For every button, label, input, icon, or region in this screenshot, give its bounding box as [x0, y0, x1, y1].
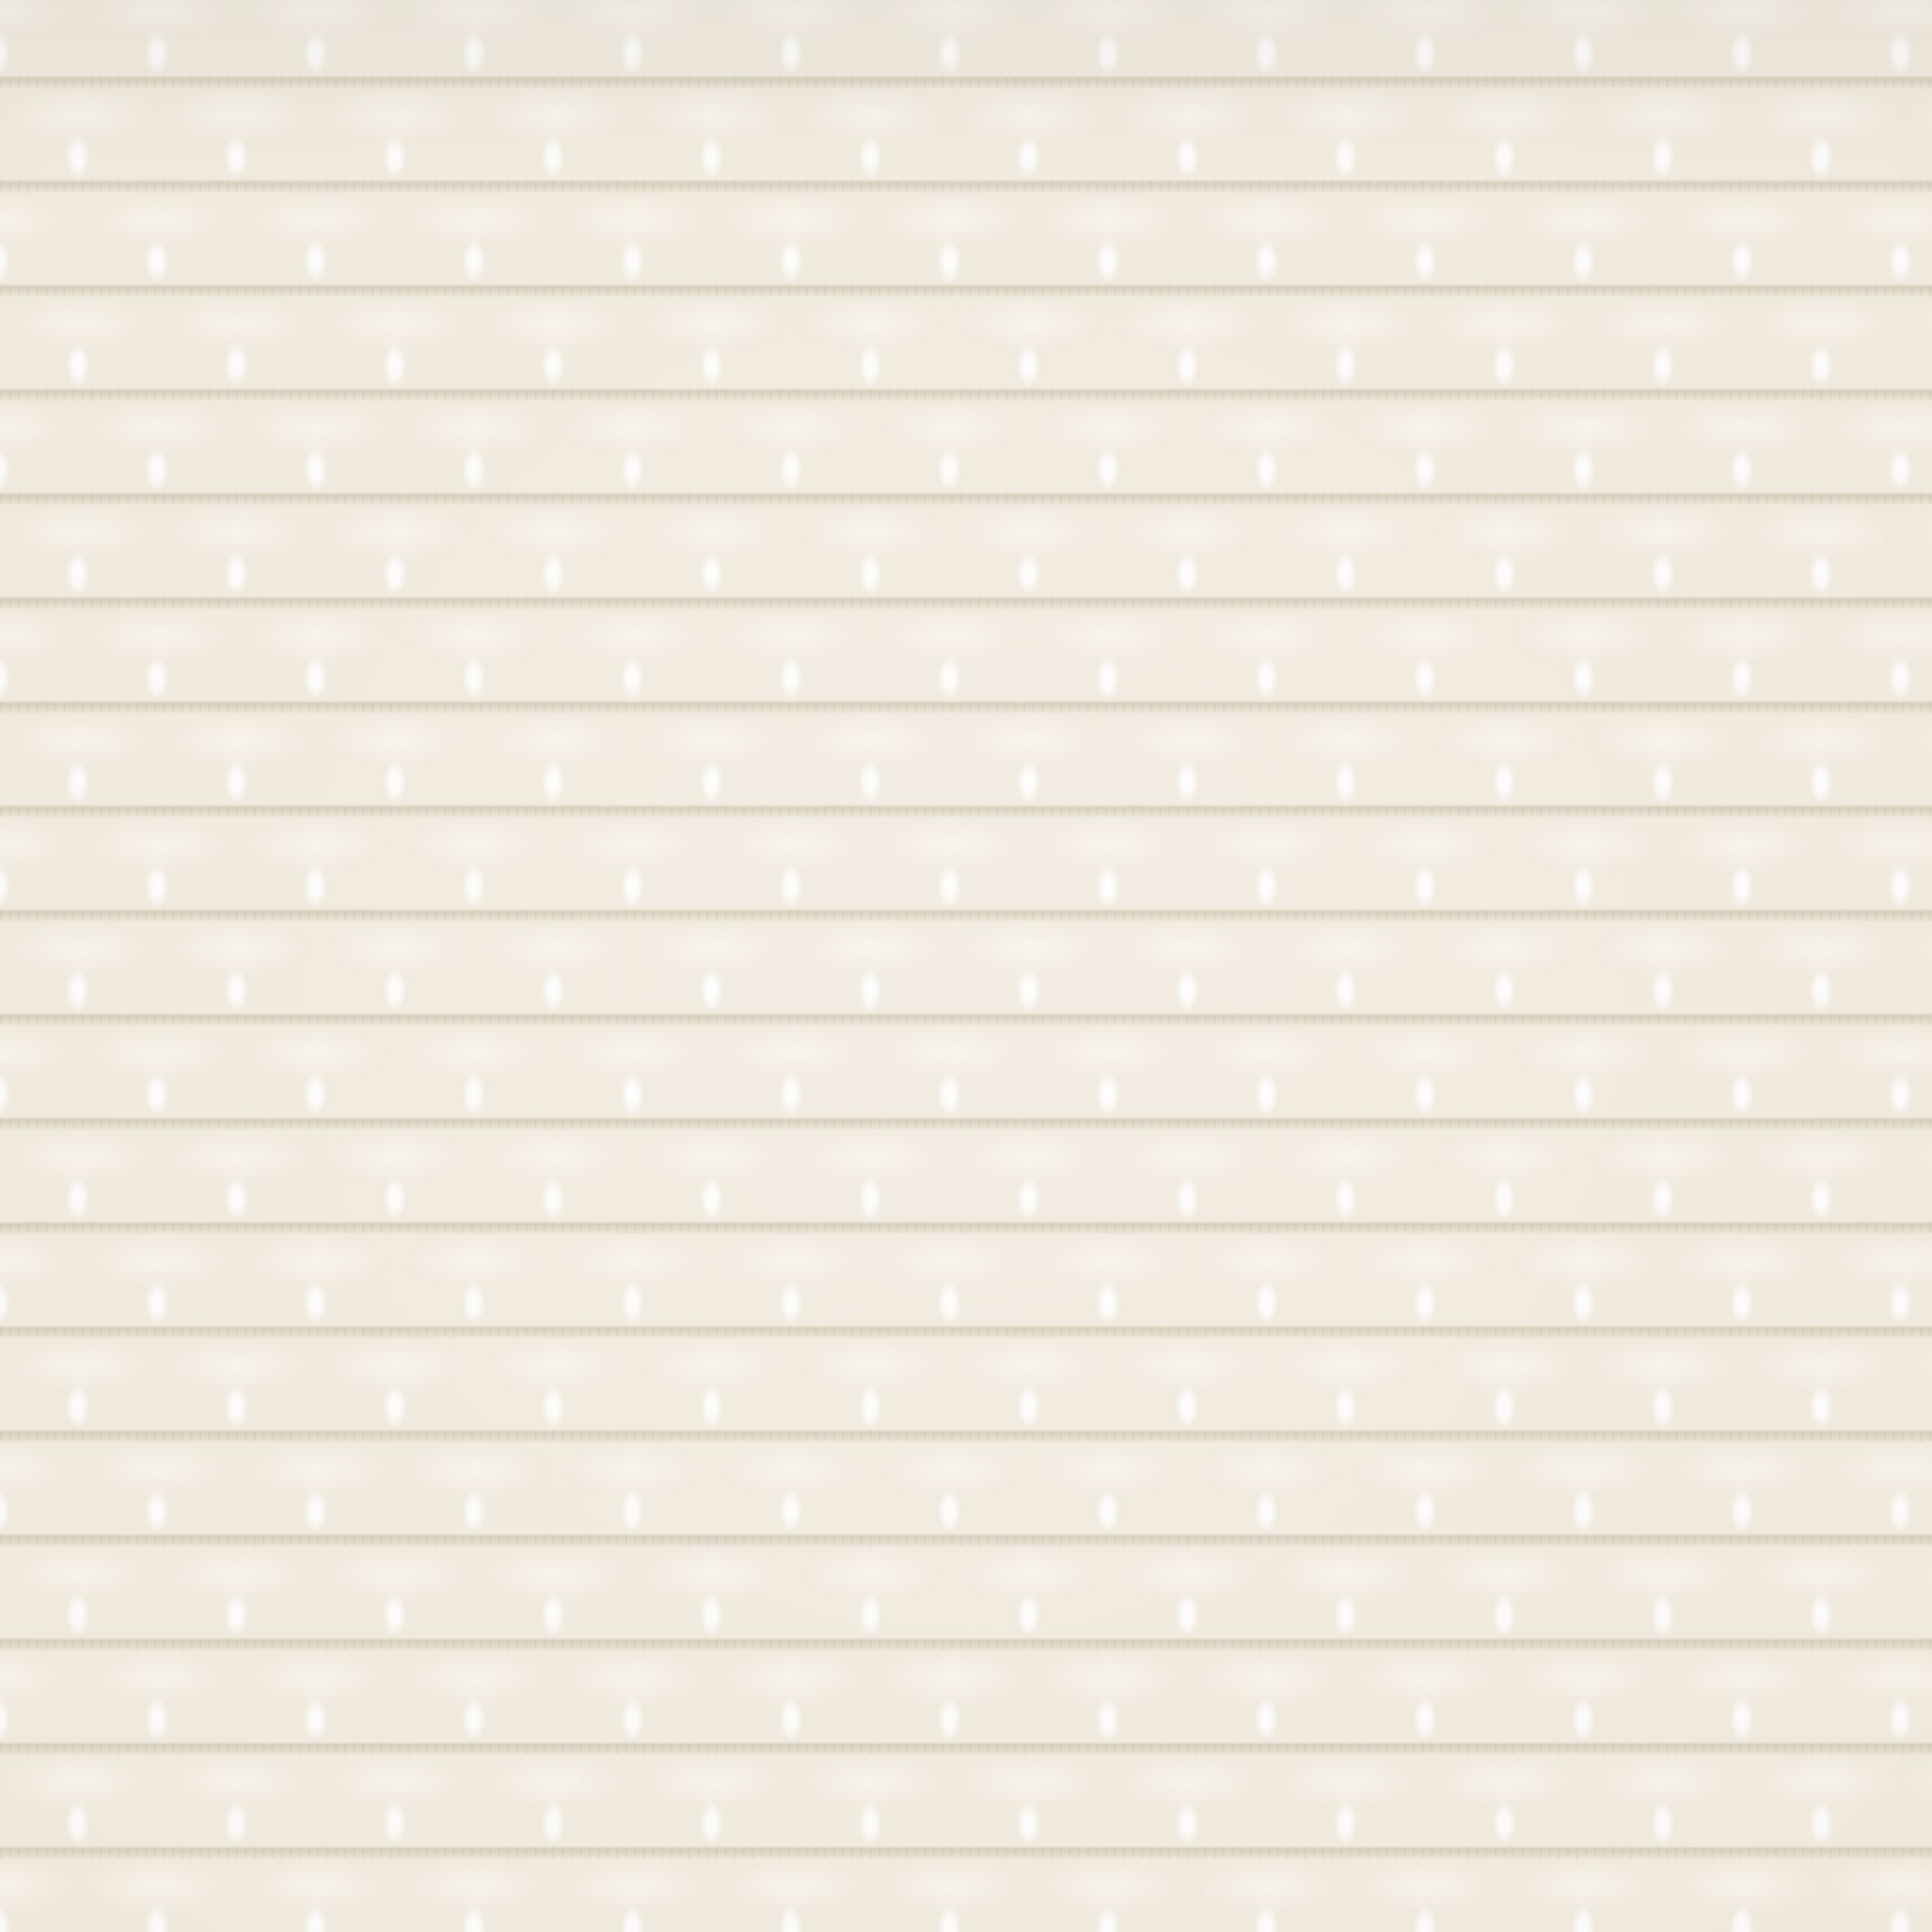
lighting-shade	[0, 0, 1932, 1932]
fabric-texture-photo	[0, 0, 1932, 1932]
